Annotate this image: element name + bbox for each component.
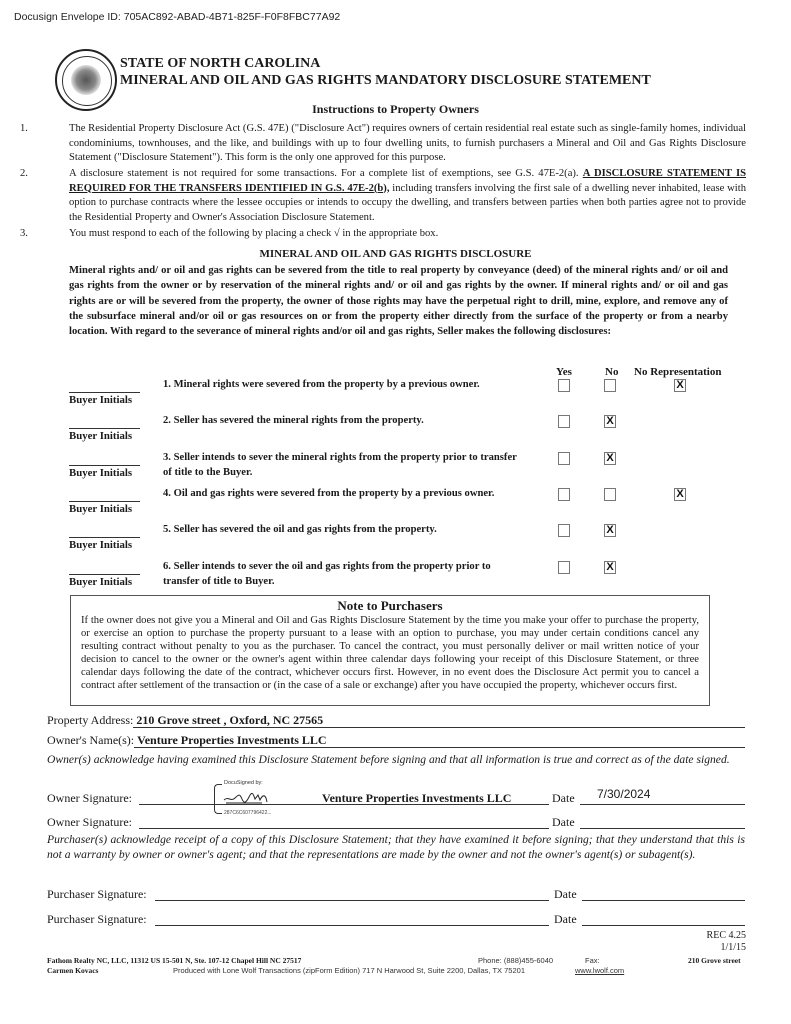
property-address-field: Property Address: 210 Grove street , Oxf…	[47, 713, 745, 728]
disclosure-paragraph: Mineral rights and/ or oil and gas right…	[69, 263, 728, 339]
yes-checkbox[interactable]	[558, 415, 570, 428]
property-address-value[interactable]: 210 Grove street , Oxford, NC 27565	[133, 713, 745, 728]
footer-agent: Carmen Kovacs	[47, 966, 98, 975]
title-form-name: MINERAL AND OIL AND GAS RIGHTS MANDATORY…	[120, 72, 651, 89]
note-title: Note to Purchasers	[71, 598, 709, 614]
buyer-initials-line[interactable]	[69, 428, 140, 429]
buyer-initials-label: Buyer Initials	[69, 576, 132, 588]
owner-date-line[interactable]	[580, 828, 745, 829]
instruction-text: A disclosure statement is not required f…	[69, 167, 746, 225]
owner-signature-row-2: Owner Signature: Date	[47, 812, 745, 830]
note-body: If the owner does not give you a Mineral…	[71, 614, 709, 692]
property-address-label: Property Address:	[47, 713, 133, 728]
disclosure-question-row: Buyer Initials4. Oil and gas rights were…	[0, 487, 791, 521]
footer-fax: Fax:	[585, 956, 600, 965]
owner-signature-line[interactable]	[139, 828, 549, 829]
buyer-initials-line[interactable]	[69, 574, 140, 575]
purchaser-date-line[interactable]	[582, 925, 745, 926]
column-no: No	[605, 366, 618, 378]
disclosure-question-row: Buyer Initials5. Seller has severed the …	[0, 523, 791, 557]
buyer-initials-label: Buyer Initials	[69, 467, 132, 479]
owner-signature-label: Owner Signature:	[47, 791, 132, 806]
instruction-text: The Residential Property Disclosure Act …	[69, 122, 746, 166]
column-no-representation: No Representation	[634, 366, 721, 378]
disclosure-question-row: Buyer Initials6. Seller intends to sever…	[0, 560, 791, 594]
yes-checkbox[interactable]	[558, 379, 570, 392]
form-title: STATE OF NORTH CAROLINA MINERAL AND OIL …	[120, 55, 651, 89]
question-text: 4. Oil and gas rights were severed from …	[163, 487, 523, 502]
purchaser-signature-line[interactable]	[155, 900, 549, 901]
form-code-date: 1/1/15	[707, 942, 746, 954]
instruction-number: 2.	[20, 167, 69, 225]
owners-name-field: Owner's Name(s): Venture Properties Inve…	[47, 733, 745, 748]
instruction-text-part: A disclosure statement is not required f…	[69, 168, 583, 179]
purchaser-signature-row: Purchaser Signature: Date	[47, 884, 745, 902]
instruction-number: 1.	[20, 122, 69, 166]
owners-name-value[interactable]: Venture Properties Investments LLC	[134, 733, 745, 748]
disclosure-heading: MINERAL AND OIL AND GAS RIGHTS DISCLOSUR…	[0, 248, 791, 260]
footer-property-ref: 210 Grove street	[688, 956, 741, 965]
purchaser-signature-label: Purchaser Signature:	[47, 912, 147, 927]
disclosure-question-row: Buyer Initials3. Seller intends to sever…	[0, 451, 791, 485]
owner-signed-name: Venture Properties Investments LLC	[322, 791, 511, 806]
instruction-item: 1. The Residential Property Disclosure A…	[20, 122, 746, 166]
instruction-number: 3.	[20, 227, 69, 242]
owner-date-label: Date	[552, 815, 575, 830]
form-code: REC 4.25 1/1/15	[707, 930, 746, 954]
purchaser-date-label: Date	[554, 887, 577, 902]
no-representation-checkbox[interactable]: X	[674, 379, 686, 392]
buyer-initials-line[interactable]	[69, 465, 140, 466]
instruction-item: 2. A disclosure statement is not require…	[20, 167, 746, 225]
yes-checkbox[interactable]	[558, 524, 570, 537]
question-text: 5. Seller has severed the oil and gas ri…	[163, 523, 523, 538]
question-text: 6. Seller intends to sever the oil and g…	[163, 560, 523, 589]
docusign-label: DocuSigned by:	[224, 780, 263, 786]
owner-acknowledgement: Owner(s) acknowledge having examined thi…	[47, 752, 745, 767]
question-text: 2. Seller has severed the mineral rights…	[163, 414, 523, 429]
buyer-initials-label: Buyer Initials	[69, 503, 132, 515]
owner-signature-label: Owner Signature:	[47, 815, 132, 830]
buyer-initials-line[interactable]	[69, 537, 140, 538]
purchaser-signature-row-2: Purchaser Signature: Date	[47, 909, 745, 927]
buyer-initials-label: Buyer Initials	[69, 394, 132, 406]
footer-phone: Phone: (888)455-6040	[478, 956, 553, 965]
footer-produced-by: Produced with Lone Wolf Transactions (zi…	[173, 966, 525, 975]
purchaser-acknowledgement: Purchaser(s) acknowledge receipt of a co…	[47, 832, 745, 862]
no-checkbox[interactable]: X	[604, 415, 616, 428]
yes-checkbox[interactable]	[558, 561, 570, 574]
owner-date-label: Date	[552, 791, 575, 806]
instructions-heading: Instructions to Property Owners	[0, 102, 791, 117]
question-text: 3. Seller intends to sever the mineral r…	[163, 451, 523, 480]
disclosure-question-row: Buyer Initials1. Mineral rights were sev…	[0, 378, 791, 412]
buyer-initials-label: Buyer Initials	[69, 539, 132, 551]
footer-brokerage: Fathom Realty NC, LLC, 11312 US 15-501 N…	[47, 956, 301, 965]
no-checkbox[interactable]	[604, 488, 616, 501]
owner-date-value: 7/30/2024	[597, 787, 650, 801]
instructions-list: 1. The Residential Property Disclosure A…	[20, 122, 746, 243]
no-checkbox[interactable]	[604, 379, 616, 392]
no-checkbox[interactable]: X	[604, 561, 616, 574]
no-checkbox[interactable]: X	[604, 452, 616, 465]
purchaser-signature-label: Purchaser Signature:	[47, 887, 147, 902]
yes-checkbox[interactable]	[558, 452, 570, 465]
purchaser-signature-line[interactable]	[155, 925, 549, 926]
instruction-item: 3. You must respond to each of the follo…	[20, 227, 746, 242]
column-yes: Yes	[556, 366, 572, 378]
disclosure-question-row: Buyer Initials2. Seller has severed the …	[0, 414, 791, 448]
owners-name-label: Owner's Name(s):	[47, 733, 134, 748]
buyer-initials-line[interactable]	[69, 501, 140, 502]
purchaser-date-label: Date	[554, 912, 577, 927]
form-code-number: REC 4.25	[707, 930, 746, 942]
no-checkbox[interactable]: X	[604, 524, 616, 537]
buyer-initials-label: Buyer Initials	[69, 430, 132, 442]
docusign-envelope-id: Docusign Envelope ID: 705AC892-ABAD-4B71…	[14, 11, 340, 23]
instruction-text: You must respond to each of the followin…	[69, 227, 746, 242]
question-text: 1. Mineral rights were severed from the …	[163, 378, 523, 393]
title-state: STATE OF NORTH CAROLINA	[120, 55, 651, 72]
no-representation-checkbox[interactable]: X	[674, 488, 686, 501]
note-to-purchasers: Note to Purchasers If the owner does not…	[70, 595, 710, 706]
footer-website-link[interactable]: www.lwolf.com	[575, 966, 624, 975]
owner-signature-row: Owner Signature: Venture Properties Inve…	[47, 788, 745, 806]
buyer-initials-line[interactable]	[69, 392, 140, 393]
yes-checkbox[interactable]	[558, 488, 570, 501]
purchaser-date-line[interactable]	[582, 900, 745, 901]
website-link[interactable]: www.lwolf.com	[575, 966, 624, 975]
owner-date-line[interactable]	[580, 804, 745, 805]
